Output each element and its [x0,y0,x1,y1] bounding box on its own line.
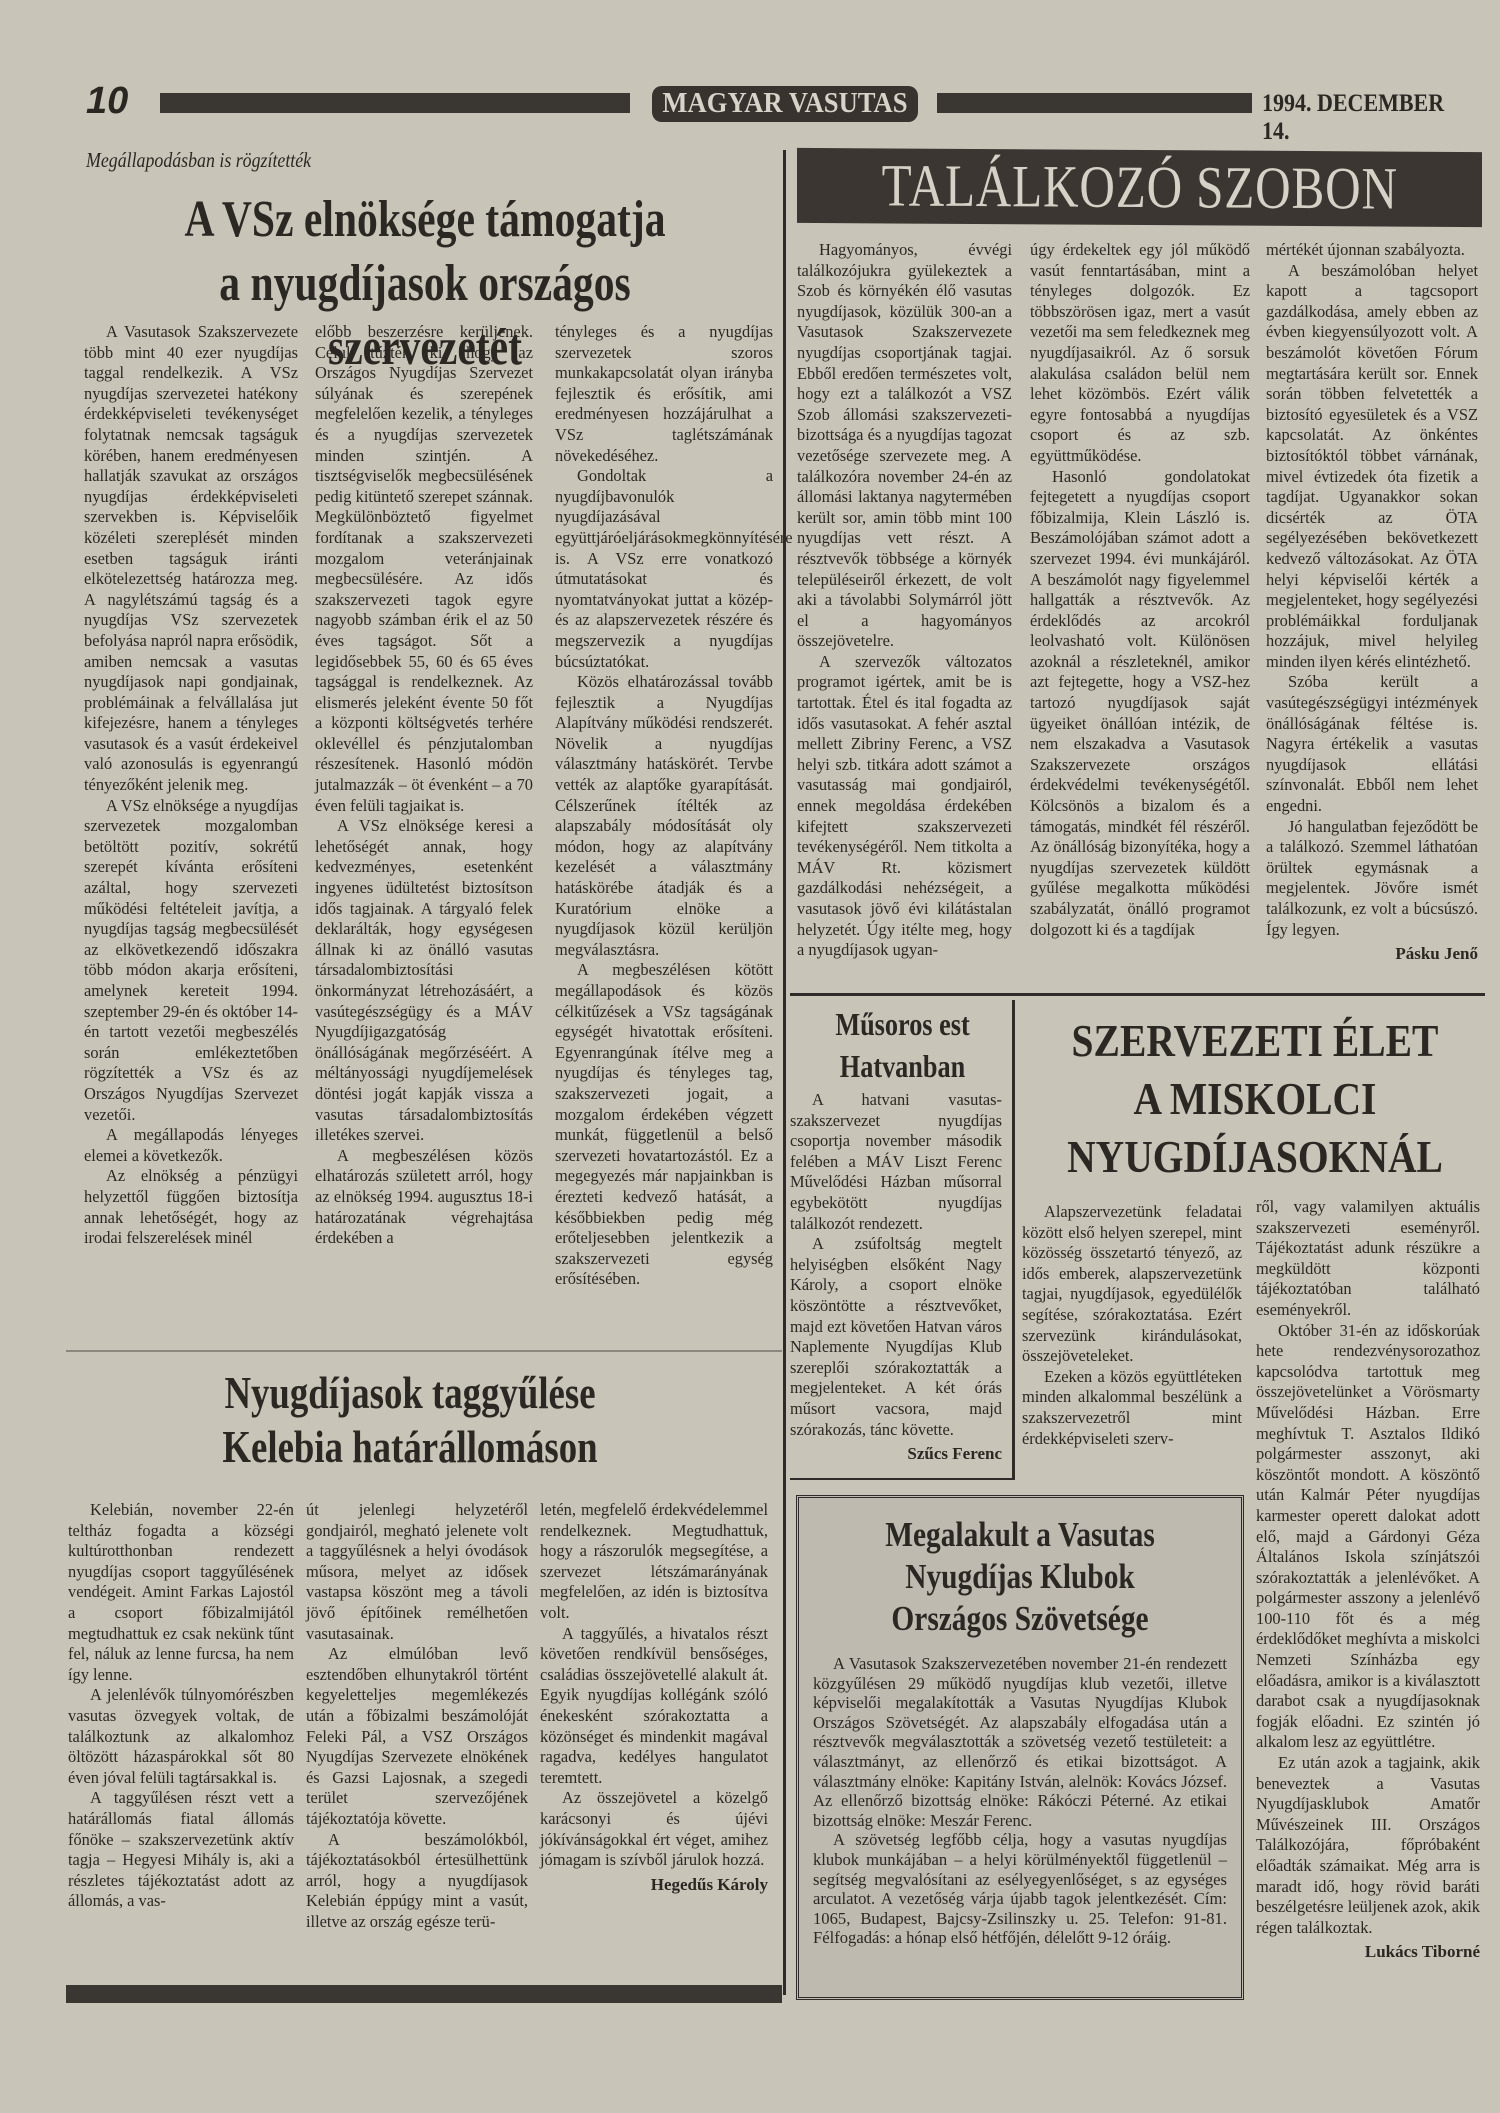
paragraph: Gondoltak a nyugdíjbavonulók nyugdíjazás… [555,466,773,672]
headline-line: A MISKOLCI [1062,1070,1449,1128]
szob-column-3: mértékét újonnan szabályozta. A beszámol… [1266,240,1478,964]
section-divider [790,993,1485,996]
article-headline-hatvan: Műsoros est Hatvanban [810,1003,995,1087]
kelebia-column-1: Kelebián, november 22-én teltház fogadta… [68,1500,294,1912]
vsz-column-3: tényleges és a nyugdíjas szervezetek szo… [555,322,773,1290]
paragraph: A megbeszélésen kötött megállapodások és… [555,960,773,1290]
paragraph: Szóba került a vasútegészségügyi intézmé… [1266,672,1478,816]
paragraph: A beszámolóban helyet kapott a tagcsopor… [1266,261,1478,673]
paragraph: Az elmúlóban levő esztendőben elhunytakr… [306,1644,528,1829]
section-divider [66,1350,782,1352]
headline-line: Hatvanban [810,1045,995,1087]
article-headline-szovetseg: Megalakult a Vasutas Nyugdíjas Klubok Or… [846,1514,1194,1640]
paragraph: Ez után azok a tagjaink, akik beneveztek… [1256,1753,1480,1938]
miskolc-column-1: Alapszervezetünk feladatai között első h… [1022,1202,1242,1449]
article-kicker: Megállapodásban is rögzítették [86,148,311,173]
author-byline: Szűcs Ferenc [790,1444,1002,1464]
paragraph: A taggyűlésen részt vett a határállomás … [68,1788,294,1912]
paragraph: Hasonló gondolatokat fejtegetett a nyugd… [1030,467,1250,941]
paragraph: Ezeken a közös együttléteken minden alka… [1022,1367,1242,1449]
paragraph: A Vasutasok Szakszervezete több mint 40 … [84,322,298,796]
headline-line: SZERVEZETI ÉLET [1062,1012,1449,1070]
szob-column-1: Hagyományos, évvégi találkozójukra gyüle… [797,240,1012,961]
paragraph: úgy érdekeltek egy jól működő vasút fenn… [1030,240,1250,467]
kelebia-column-2: út jelenlegi helyzetéről gondjairól, meg… [306,1500,528,1932]
headline-line: A VSz elnöksége támogatja [141,188,709,252]
paragraph: Jó hangulatban fejeződött be a találkozó… [1266,817,1478,941]
vsz-column-2: előbb beszerzésre kerüljenek. Célul tűzt… [315,322,533,1249]
paragraph: A hatvani vasutas-szakszervezet nyugdíja… [790,1090,1002,1234]
author-byline: Hegedűs Károly [540,1875,768,1895]
paragraph: A VSz elnöksége a nyugdíjas szervezetek … [84,796,298,1126]
page-number: 10 [86,80,128,123]
boxed-article-szovetseg: Megalakult a Vasutas Nyugdíjas Klubok Or… [796,1495,1244,2000]
miskolc-column-2: ről, vagy valamilyen aktuális szakszerve… [1256,1197,1480,1962]
paragraph: Az elnökség a pénzügyi helyzettől függőe… [84,1166,298,1248]
paragraph: A beszámolókból, tájékoztatásokból értes… [306,1830,528,1933]
paragraph: mértékét újonnan szabályozta. [1266,240,1478,261]
article-headline-kelebia: Nyugdíjasok taggyűlése Kelebia határállo… [202,1366,618,1474]
headline-line: Nyugdíjasok taggyűlése [202,1366,618,1420]
footer-rule [66,1985,782,2003]
paragraph: tényleges és a nyugdíjas szervezetek szo… [555,322,773,466]
paragraph: A megállapodás lényeges elemei a követke… [84,1125,298,1166]
column-divider [1012,1000,1015,1480]
masthead-rule-right [937,93,1252,113]
headline-line: Kelebia határállomáson [202,1420,618,1474]
vsz-column-1: A Vasutasok Szakszervezete több mint 40 … [84,322,298,1249]
kelebia-column-3: letén, megfelelő érdekvédelemmel rendelk… [540,1500,768,1895]
paragraph: Október 31-én az időskorúak hete rendezv… [1256,1321,1480,1753]
paragraph: A megbeszélésen közös elhatározás szület… [315,1146,533,1249]
paragraph: A VSz elnöksége keresi a lehetőségét ann… [315,816,533,1146]
issue-date: 1994. DECEMBER 14. [1262,90,1471,146]
headline-line: NYUGDÍJASOKNÁL [1062,1128,1449,1186]
section-divider [790,1478,1015,1480]
author-byline: Lukács Tiborné [1256,1942,1480,1962]
paragraph: Közös elhatározással tovább fejlesztik a… [555,672,773,960]
paragraph: A szövetség legfőbb célja, hogy a vasuta… [813,1830,1227,1948]
banner-headline-szob: TALÁLKOZÓ SZOBON [797,148,1482,227]
paragraph: Hagyományos, évvégi találkozójukra gyüle… [797,240,1012,652]
paragraph: út jelenlegi helyzetéről gondjairól, meg… [306,1500,528,1644]
szob-column-2: úgy érdekeltek egy jól működő vasút fenn… [1030,240,1250,940]
paragraph: Kelebián, november 22-én teltház fogadta… [68,1500,294,1685]
paragraph: A Vasutasok Szakszervezetében november 2… [813,1654,1227,1830]
paragraph: letén, megfelelő érdekvédelemmel rendelk… [540,1500,768,1624]
publication-logo: MAGYAR VASUTAS [652,86,918,122]
hatvan-column: A hatvani vasutas-szakszervezet nyugdíja… [790,1090,1002,1464]
author-byline: Pásku Jenő [1266,944,1478,964]
paragraph: A zsúfoltság megtelt helyiségben elsőkén… [790,1234,1002,1440]
paragraph: Az összejövetel a közelgő karácsonyi és … [540,1788,768,1870]
masthead-rule-left [160,93,630,113]
paragraph: A szervezők változatos programot igértek… [797,652,1012,961]
paragraph: ről, vagy valamilyen aktuális szakszerve… [1256,1197,1480,1321]
paragraph: A taggyűlés, a hivatalos részt követően … [540,1624,768,1789]
banner-text: TALÁLKOZÓ SZOBON [881,148,1397,226]
headline-line: Műsoros est [810,1003,995,1045]
article-headline-miskolc: SZERVEZETI ÉLET A MISKOLCI NYUGDÍJASOKNÁ… [1062,1012,1449,1186]
paragraph: A jelenlévők túlnyomórészben vasutas özv… [68,1685,294,1788]
column-divider [783,150,786,1995]
paragraph: Alapszervezetünk feladatai között első h… [1022,1202,1242,1367]
paragraph: előbb beszerzésre kerüljenek. Célul tűzt… [315,322,533,816]
